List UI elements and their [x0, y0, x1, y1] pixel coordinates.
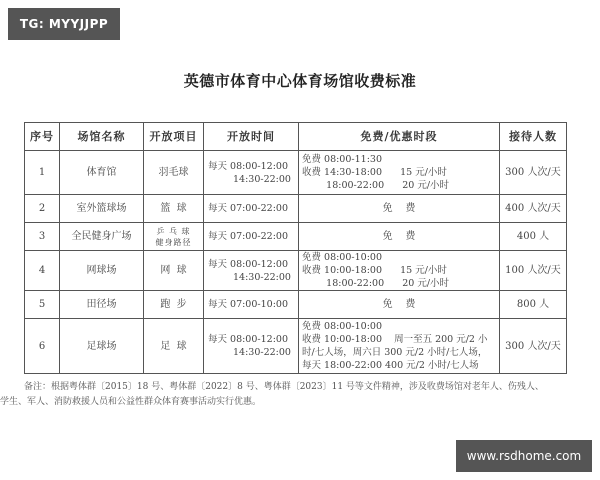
cell-fees: 免 费: [299, 195, 500, 223]
cell-no: 2: [25, 195, 60, 223]
fee-line: 收费 14:30-18:00 15 元/小时: [302, 166, 499, 179]
cell-item: 跑 步: [144, 291, 204, 319]
cell-item: 篮 球: [144, 195, 204, 223]
fee-standard-table: 序号 场馆名称 开放项目 开放时间 免费/优惠时段 接待人数 1 体育馆 羽毛球…: [24, 122, 567, 374]
free-label: 免 费: [383, 299, 416, 310]
cell-fees: 免 费: [299, 291, 500, 319]
cell-capacity: 100 人次/天: [500, 251, 567, 291]
footnote-line: 备注：根据粤体群〔2015〕18 号、粤体群〔2022〕8 号、粤体群〔2023…: [8, 380, 593, 395]
hours-line: 14:30-22:00: [208, 346, 298, 359]
fee-line: 时/七人场，周六日 300 元/2 小时/七人场，: [302, 346, 499, 359]
header-capacity: 接待人数: [500, 123, 567, 151]
fee-line: 18:00-22:00 20 元/小时: [302, 179, 499, 192]
cell-venue: 全民健身广场: [60, 223, 144, 251]
item-line: 乒 乓 球: [144, 226, 203, 237]
hours-line: 14:30-22:00: [208, 271, 298, 284]
cell-venue: 网球场: [60, 251, 144, 291]
watermark-site: www.rsdhome.com: [456, 440, 592, 472]
cell-item: 足 球: [144, 319, 204, 374]
cell-hours: 每天 07:00-22:00: [204, 195, 299, 223]
fee-line: 收费 10:00-18:00 周一至五 200 元/2 小: [302, 333, 499, 346]
watermark-tg: TG: MYYJJPP: [8, 8, 120, 40]
cell-item: 乒 乓 球 健身路径: [144, 223, 204, 251]
footnote: 备注：根据粤体群〔2015〕18 号、粤体群〔2022〕8 号、粤体群〔2023…: [8, 380, 593, 410]
cell-item: 网 球: [144, 251, 204, 291]
cell-venue: 室外篮球场: [60, 195, 144, 223]
fee-line: 免费 08:00-10:00: [302, 320, 499, 333]
cell-hours: 每天 08:00-12:00 14:30-22:00: [204, 151, 299, 195]
fee-line: 免费 08:00-10:00: [302, 251, 499, 264]
hours-line: 每天 07:00-10:00: [208, 298, 298, 311]
footnote-line: 学生、军人、消防救援人员和公益性群众体育赛事活动实行优惠。: [8, 395, 593, 410]
item-text: 跑 步: [160, 299, 186, 310]
document-title: 英德市体育中心体育场馆收费标准: [0, 70, 600, 91]
table-row: 1 体育馆 羽毛球 每天 08:00-12:00 14:30-22:00 免费 …: [25, 151, 567, 195]
table-row: 5 田径场 跑 步 每天 07:00-10:00 免 费 800 人: [25, 291, 567, 319]
cell-venue: 体育馆: [60, 151, 144, 195]
fee-line: 每天 18:00-22:00 400 元/2 小时/七人场: [302, 359, 499, 372]
cell-fees: 免 费: [299, 223, 500, 251]
table-row: 3 全民健身广场 乒 乓 球 健身路径 每天 07:00-22:00 免 费 4…: [25, 223, 567, 251]
cell-capacity: 800 人: [500, 291, 567, 319]
cell-hours: 每天 08:00-12:00 14:30-22:00: [204, 319, 299, 374]
header-hours: 开放时间: [204, 123, 299, 151]
header-no: 序号: [25, 123, 60, 151]
cell-no: 3: [25, 223, 60, 251]
table-row: 2 室外篮球场 篮 球 每天 07:00-22:00 免 费 400 人次/天: [25, 195, 567, 223]
cell-no: 5: [25, 291, 60, 319]
fee-line: 18:00-22:00 20 元/小时: [302, 277, 499, 290]
free-label: 免 费: [383, 203, 416, 214]
fee-line: 收费 10:00-18:00 15 元/小时: [302, 264, 499, 277]
cell-hours: 每天 08:00-12:00 14:30-22:00: [204, 251, 299, 291]
cell-fees: 免费 08:00-10:00 收费 10:00-18:00 15 元/小时 18…: [299, 251, 500, 291]
header-item: 开放项目: [144, 123, 204, 151]
hours-line: 每天 08:00-12:00: [208, 160, 298, 173]
cell-fees: 免费 08:00-10:00 收费 10:00-18:00 周一至五 200 元…: [299, 319, 500, 374]
cell-hours: 每天 07:00-22:00: [204, 223, 299, 251]
item-text: 网 球: [160, 265, 186, 276]
cell-venue: 田径场: [60, 291, 144, 319]
cell-venue: 足球场: [60, 319, 144, 374]
header-fees: 免费/优惠时段: [299, 123, 500, 151]
cell-capacity: 400 人: [500, 223, 567, 251]
item-text: 足 球: [160, 341, 186, 352]
cell-no: 1: [25, 151, 60, 195]
hours-line: 每天 07:00-22:00: [208, 202, 298, 215]
hours-line: 每天 07:00-22:00: [208, 230, 298, 243]
table-row: 6 足球场 足 球 每天 08:00-12:00 14:30-22:00 免费 …: [25, 319, 567, 374]
cell-capacity: 300 人次/天: [500, 151, 567, 195]
item-text: 篮 球: [160, 203, 186, 214]
table-header-row: 序号 场馆名称 开放项目 开放时间 免费/优惠时段 接待人数: [25, 123, 567, 151]
hours-line: 每天 08:00-12:00: [208, 258, 298, 271]
cell-hours: 每天 07:00-10:00: [204, 291, 299, 319]
cell-no: 6: [25, 319, 60, 374]
cell-capacity: 300 人次/天: [500, 319, 567, 374]
free-label: 免 费: [383, 231, 416, 242]
cell-capacity: 400 人次/天: [500, 195, 567, 223]
fee-line: 免费 08:00-11:30: [302, 153, 499, 166]
item-line: 健身路径: [144, 237, 203, 248]
hours-line: 每天 08:00-12:00: [208, 333, 298, 346]
cell-fees: 免费 08:00-11:30 收费 14:30-18:00 15 元/小时 18…: [299, 151, 500, 195]
header-venue: 场馆名称: [60, 123, 144, 151]
table-row: 4 网球场 网 球 每天 08:00-12:00 14:30-22:00 免费 …: [25, 251, 567, 291]
hours-line: 14:30-22:00: [208, 173, 298, 186]
cell-no: 4: [25, 251, 60, 291]
cell-item: 羽毛球: [144, 151, 204, 195]
